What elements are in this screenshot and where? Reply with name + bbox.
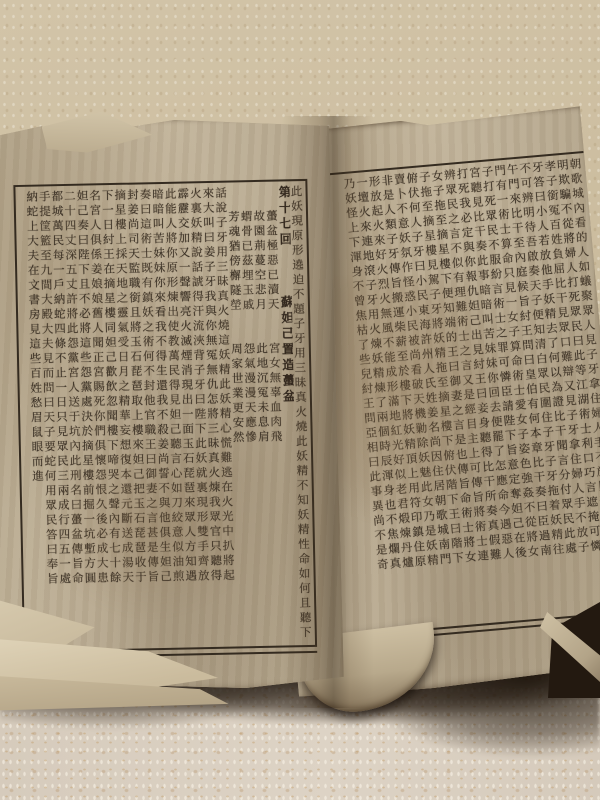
book-photo: 朝歌城內看的人如蟻聚眾人見子牙拿住婦人手不放比干問曰明明欺騙不從將婦人打死眾民曰… (0, 0, 600, 800)
left-page: 此妖現原形遶迫不題子牙用三昧真火燒此妖精不知妖精性命如何且聽下回分解 第十七回 … (0, 114, 344, 695)
left-page-columns: 此妖現原形遶迫不題子牙用三昧真火燒此妖精不知妖精性命如何且聽下回分解 第十七回 … (18, 183, 312, 649)
left-page-text-frame: 此妖現原形遶迫不題子牙用三昧真火燒此妖精不知妖精性命如何且聽下回分解 第十七回 … (13, 179, 317, 653)
